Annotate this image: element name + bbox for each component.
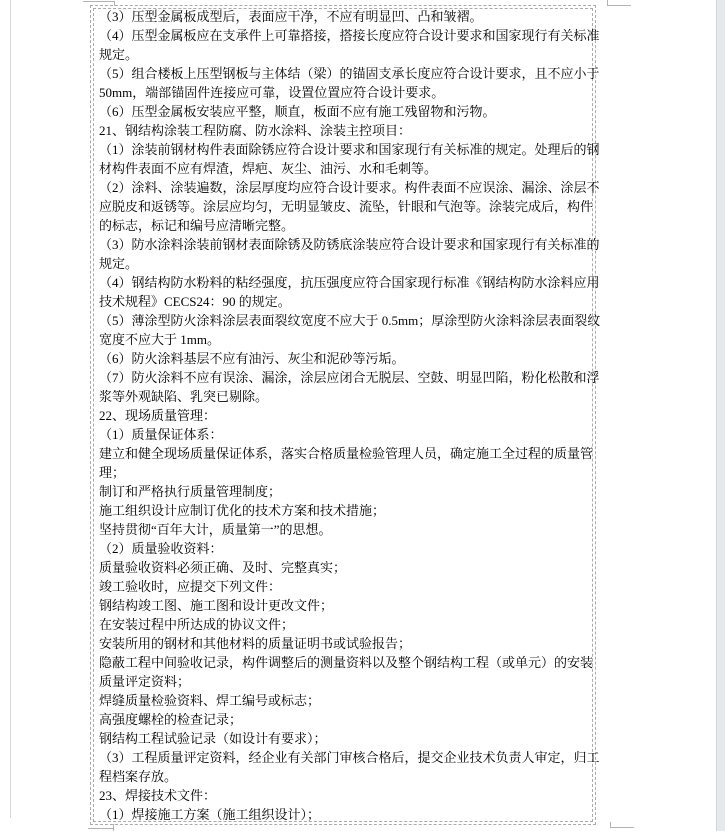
margin-mark-bottom-left-v <box>113 824 114 831</box>
text-line: 焊缝质量检验资料、焊工编号或标志； <box>99 691 596 710</box>
text-line: 50mm，端部锚固件连接应可靠，设置位置应符合设计要求。 <box>99 83 596 102</box>
document-text[interactable]: （3）压型金属板成型后，表面应干净，不应有明显凹、凸和皱褶。（4）压型金属板应在… <box>99 7 596 823</box>
text-line: 22、现场质量管理： <box>99 406 596 425</box>
text-line: 钢结构竣工图、施工图和设计更改文件； <box>99 596 596 615</box>
text-line: （1）焊接施工方案（施工组织设计）； <box>99 805 596 824</box>
text-line: （7）防火涂料不应有误涂、漏涂，涂层应闭合无脱层、空鼓、明显凹陷，粉化松散和浮 <box>99 368 596 387</box>
text-line: 安装所用的钢材和其他材料的质量证明书或试验报告； <box>99 634 596 653</box>
text-line: 浆等外观缺陷、乳突已剔除。 <box>99 387 596 406</box>
text-line: 建立和健全现场质量保证体系，落实合格质量检验管理人员，确定施工全过程的质量管 <box>99 444 596 463</box>
text-line: 质量评定资料； <box>99 672 596 691</box>
text-line: （3）压型金属板成型后，表面应干净，不应有明显凹、凸和皱褶。 <box>99 7 596 26</box>
window-edge-strip <box>716 0 725 831</box>
text-line: （3）防水涂料涂装前钢材表面除锈及防锈底涂装应符合设计要求和国家现行有关标准的 <box>99 235 596 254</box>
text-line: （6）压型金属板安装应平整，顺直，板面不应有施工残留物和污物。 <box>99 102 596 121</box>
page-left-edge-line <box>10 0 11 818</box>
text-line: 坚持贯彻“百年大计，质量第一”的思想。 <box>99 520 596 539</box>
text-line: 施工组织设计应制订优化的技术方案和技术措施； <box>99 501 596 520</box>
text-line: 高强度螺栓的检查记录； <box>99 710 596 729</box>
text-line: 21、钢结构涂装工程防腐、防水涂料、涂装主控项目： <box>99 121 596 140</box>
text-line: 规定。 <box>99 254 596 273</box>
margin-mark-top-left-h <box>83 1 115 2</box>
document-page: （3）压型金属板成型后，表面应干净，不应有明显凹、凸和皱褶。（4）压型金属板应在… <box>0 0 725 831</box>
text-line: （2）涂料、涂装遍数，涂层厚度均应符合设计要求。构件表面不应误涂、漏涂、涂层不 <box>99 178 596 197</box>
text-line: 的标志，标记和编号应清晰完整。 <box>99 216 596 235</box>
text-line: （1）涂装前钢材构件表面除锈应符合设计要求和国家现行有关标准的规定。处理后的钢 <box>99 140 596 159</box>
text-line: 在安装过程中所达成的协议文件； <box>99 615 596 634</box>
text-line: （4）钢结构防水粉料的粘经强度，抗压强度应符合国家现行标准《钢结构防水涂料应用 <box>99 273 596 292</box>
text-line: 质量验收资料必须正确、及时、完整真实； <box>99 558 596 577</box>
text-line: 规定。 <box>99 45 596 64</box>
text-line: 理； <box>99 463 596 482</box>
text-line: 应脱皮和返锈等。涂层应均匀，无明显皱皮、流坠，针眼和气泡等。涂装完成后，构件 <box>99 197 596 216</box>
text-line: 技术规程》CECS24：90 的规定。 <box>99 292 596 311</box>
text-line: 隐蔽工程中间验收记录，构件调整后的测量资料以及整个钢结构工程（或单元）的安装 <box>99 653 596 672</box>
text-line: 程档案存放。 <box>99 767 596 786</box>
text-line: （5）组合楼板上压型钢板与主体结（梁）的锚固支承长度应符合设计要求，且不应小于 <box>99 64 596 83</box>
text-line: 制订和严格执行质量管理制度； <box>99 482 596 501</box>
margin-mark-bottom-left-h <box>88 828 114 829</box>
text-line: 23、焊接技术文件： <box>99 786 596 805</box>
margin-mark-top-right-h <box>607 5 631 6</box>
text-line: （6）防火涂料基层不应有油污、灰尘和泥砂等污垢。 <box>99 349 596 368</box>
text-line: 钢结构工程试验记录（如设计有要求）； <box>99 729 596 748</box>
text-line: 宽度不应大于 1mm。 <box>99 330 596 349</box>
text-line: （5）薄涂型防火涂料涂层表面裂纹宽度不应大于 0.5mm；厚涂型防火涂料涂层表面… <box>99 311 596 330</box>
text-line: 材构件表面不应有焊渣，焊疤、灰尘、油污、水和毛刺等。 <box>99 159 596 178</box>
text-line: （4）压型金属板应在支承件上可靠搭接，搭接长度应符合设计要求和国家现行有关标准 <box>99 26 596 45</box>
text-line: （3）工程质量评定资料，经企业有关部门审核合格后，提交企业技术负责人审定，归工 <box>99 748 596 767</box>
text-line: （2）质量验收资料： <box>99 539 596 558</box>
margin-mark-bottom-right-h <box>610 827 634 828</box>
text-line: （1）质量保证体系： <box>99 425 596 444</box>
text-line: 竣工验收时，应提交下列文件： <box>99 577 596 596</box>
margin-mark-top-left-v <box>114 1 115 6</box>
